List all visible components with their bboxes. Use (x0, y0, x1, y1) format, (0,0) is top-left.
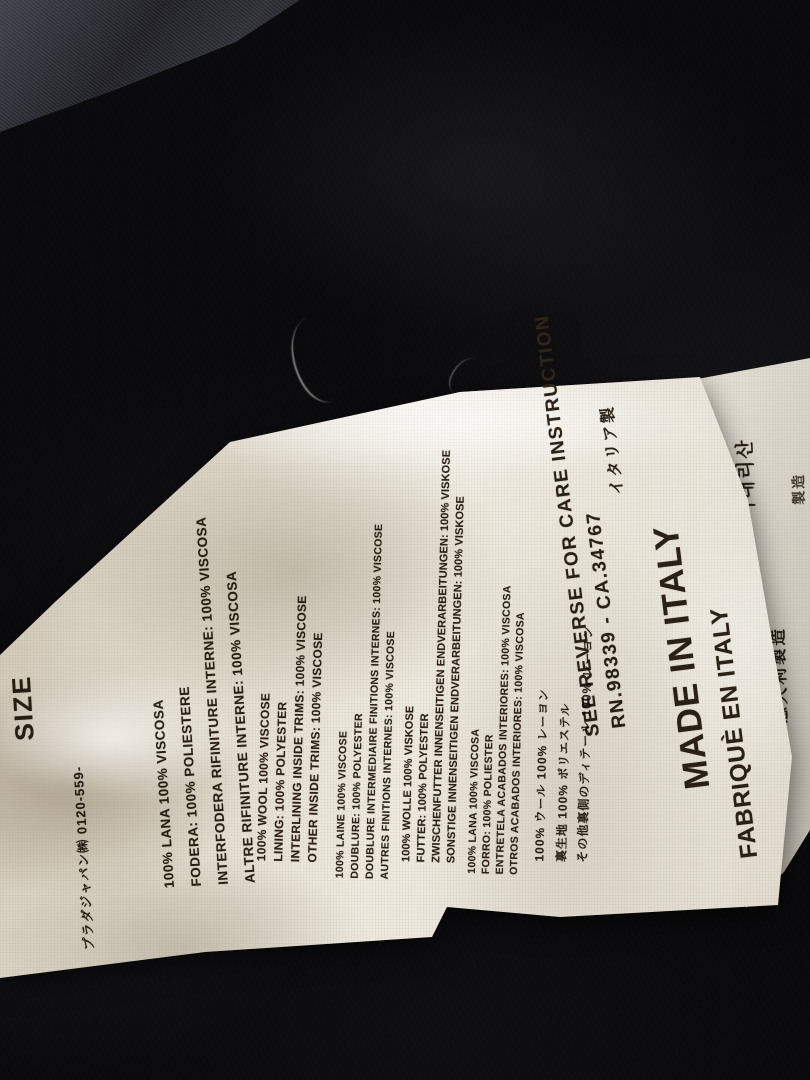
care-label: SIZE プラダジャパン㈱ 0120-559- 100% LANA 100% V… (0, 368, 800, 983)
label-header-and-italian-block: SIZE プラダジャパン㈱ 0120-559- 100% LANA 100% V… (0, 514, 268, 958)
label-multilanguage-block: 100% WOOL 100% VISCOSE LINING: 100% POLY… (252, 445, 604, 915)
photo-stage: 이태리산 意大利製造 製造 SIZE プラダジャパン㈱ 0120-559- 10… (0, 0, 810, 1080)
